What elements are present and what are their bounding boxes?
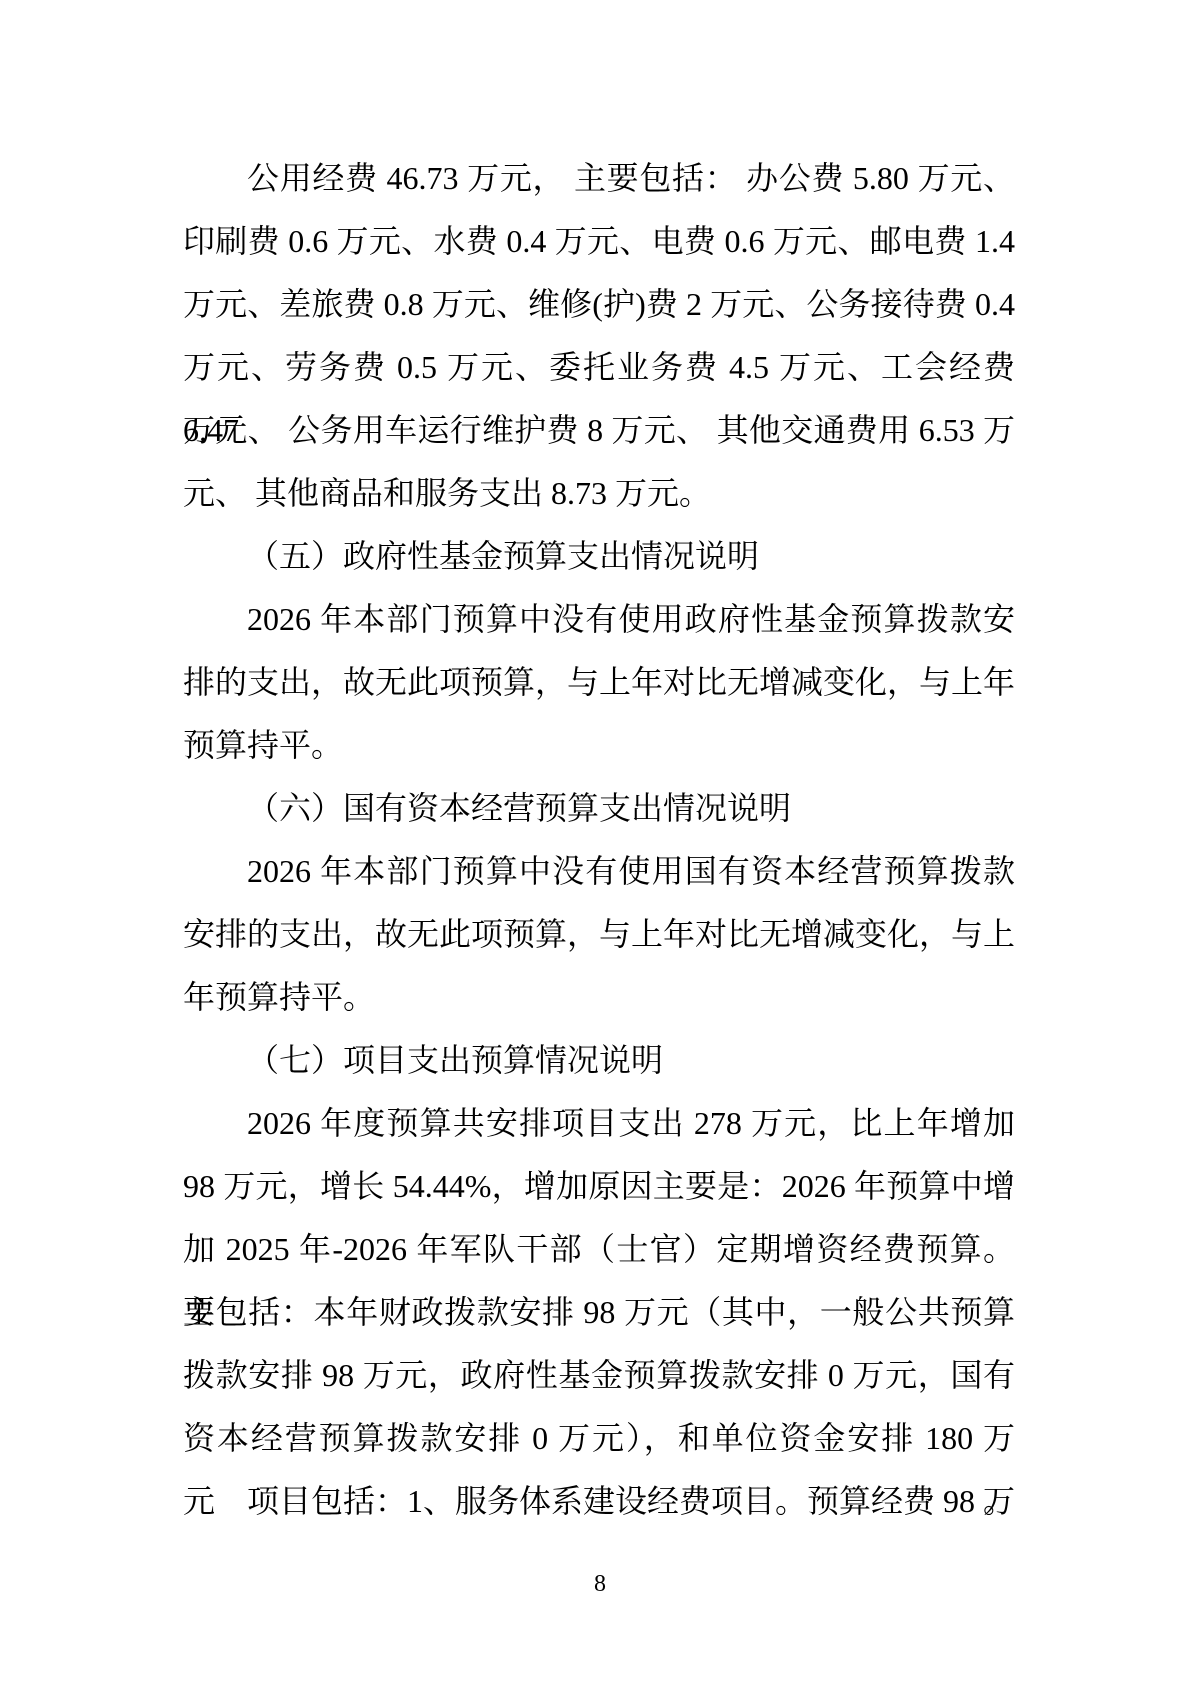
text-line: 98 万元，增长 54.44%，增加原因主要是：2026 年预算中增 bbox=[183, 1155, 1015, 1218]
text-line: 拨款安排 98 万元，政府性基金预算拨款安排 0 万元，国有 bbox=[183, 1344, 1015, 1407]
text-line: 项目包括：1、服务体系建设经费项目。预算经费 98 万 bbox=[183, 1470, 1015, 1533]
paragraph-projects-list: 项目包括：1、服务体系建设经费项目。预算经费 98 万 bbox=[183, 1470, 1015, 1533]
text-line: 加 2025 年-2026 年军队干部（士官）定期增资经费预算。主 bbox=[183, 1218, 1015, 1281]
text-line: 2026 年本部门预算中没有使用政府性基金预算拨款安 bbox=[183, 588, 1015, 651]
document-page: 公用经费 46.73 万元， 主要包括： 办公费 5.80 万元、 印刷费 0.… bbox=[0, 0, 1200, 1697]
text-line: 要包括：本年财政拨款安排 98 万元（其中，一般公共预算 bbox=[183, 1281, 1015, 1344]
text-line: 安排的支出，故无此项预算，与上年对比无增减变化，与上 bbox=[183, 903, 1015, 966]
text-line: 资本经营预算拨款安排 0 万元），和单位资金安排 180 万元。 bbox=[183, 1407, 1015, 1470]
paragraph-public-funds: 公用经费 46.73 万元， 主要包括： 办公费 5.80 万元、 印刷费 0.… bbox=[183, 147, 1015, 525]
text-line: 2026 年本部门预算中没有使用国有资本经营预算拨款 bbox=[183, 840, 1015, 903]
section-5-heading: （五）政府性基金预算支出情况说明 bbox=[183, 525, 1015, 588]
text-line: 预算持平。 bbox=[183, 714, 1015, 777]
section-heading: （六）国有资本经营预算支出情况说明 bbox=[183, 777, 1015, 840]
text-line: 排的支出，故无此项预算，与上年对比无增减变化，与上年 bbox=[183, 651, 1015, 714]
section-heading: （七）项目支出预算情况说明 bbox=[183, 1029, 1015, 1092]
section-5-body: 2026 年本部门预算中没有使用政府性基金预算拨款安 排的支出，故无此项预算，与… bbox=[183, 588, 1015, 777]
text-line: 印刷费 0.6 万元、水费 0.4 万元、电费 0.6 万元、邮电费 1.4 bbox=[183, 210, 1015, 273]
section-7-body: 2026 年度预算共安排项目支出 278 万元，比上年增加 98 万元，增长 5… bbox=[183, 1092, 1015, 1470]
text-line: 万元、 公务用车运行维护费 8 万元、 其他交通费用 6.53 万 bbox=[183, 399, 1015, 462]
text-line: 元、 其他商品和服务支出 8.73 万元。 bbox=[183, 462, 1015, 525]
page-number: 8 bbox=[0, 1568, 1200, 1600]
section-7-heading: （七）项目支出预算情况说明 bbox=[183, 1029, 1015, 1092]
section-6-body: 2026 年本部门预算中没有使用国有资本经营预算拨款 安排的支出，故无此项预算，… bbox=[183, 840, 1015, 1029]
section-6-heading: （六）国有资本经营预算支出情况说明 bbox=[183, 777, 1015, 840]
text-line: 2026 年度预算共安排项目支出 278 万元，比上年增加 bbox=[183, 1092, 1015, 1155]
section-heading: （五）政府性基金预算支出情况说明 bbox=[183, 525, 1015, 588]
text-line: 万元、劳务费 0.5 万元、委托业务费 4.5 万元、工会经费 6.47 bbox=[183, 336, 1015, 399]
document-body: 公用经费 46.73 万元， 主要包括： 办公费 5.80 万元、 印刷费 0.… bbox=[183, 147, 1015, 1533]
text-line: 公用经费 46.73 万元， 主要包括： 办公费 5.80 万元、 bbox=[183, 147, 1015, 210]
text-line: 万元、差旅费 0.8 万元、维修(护)费 2 万元、公务接待费 0.4 bbox=[183, 273, 1015, 336]
text-line: 年预算持平。 bbox=[183, 966, 1015, 1029]
